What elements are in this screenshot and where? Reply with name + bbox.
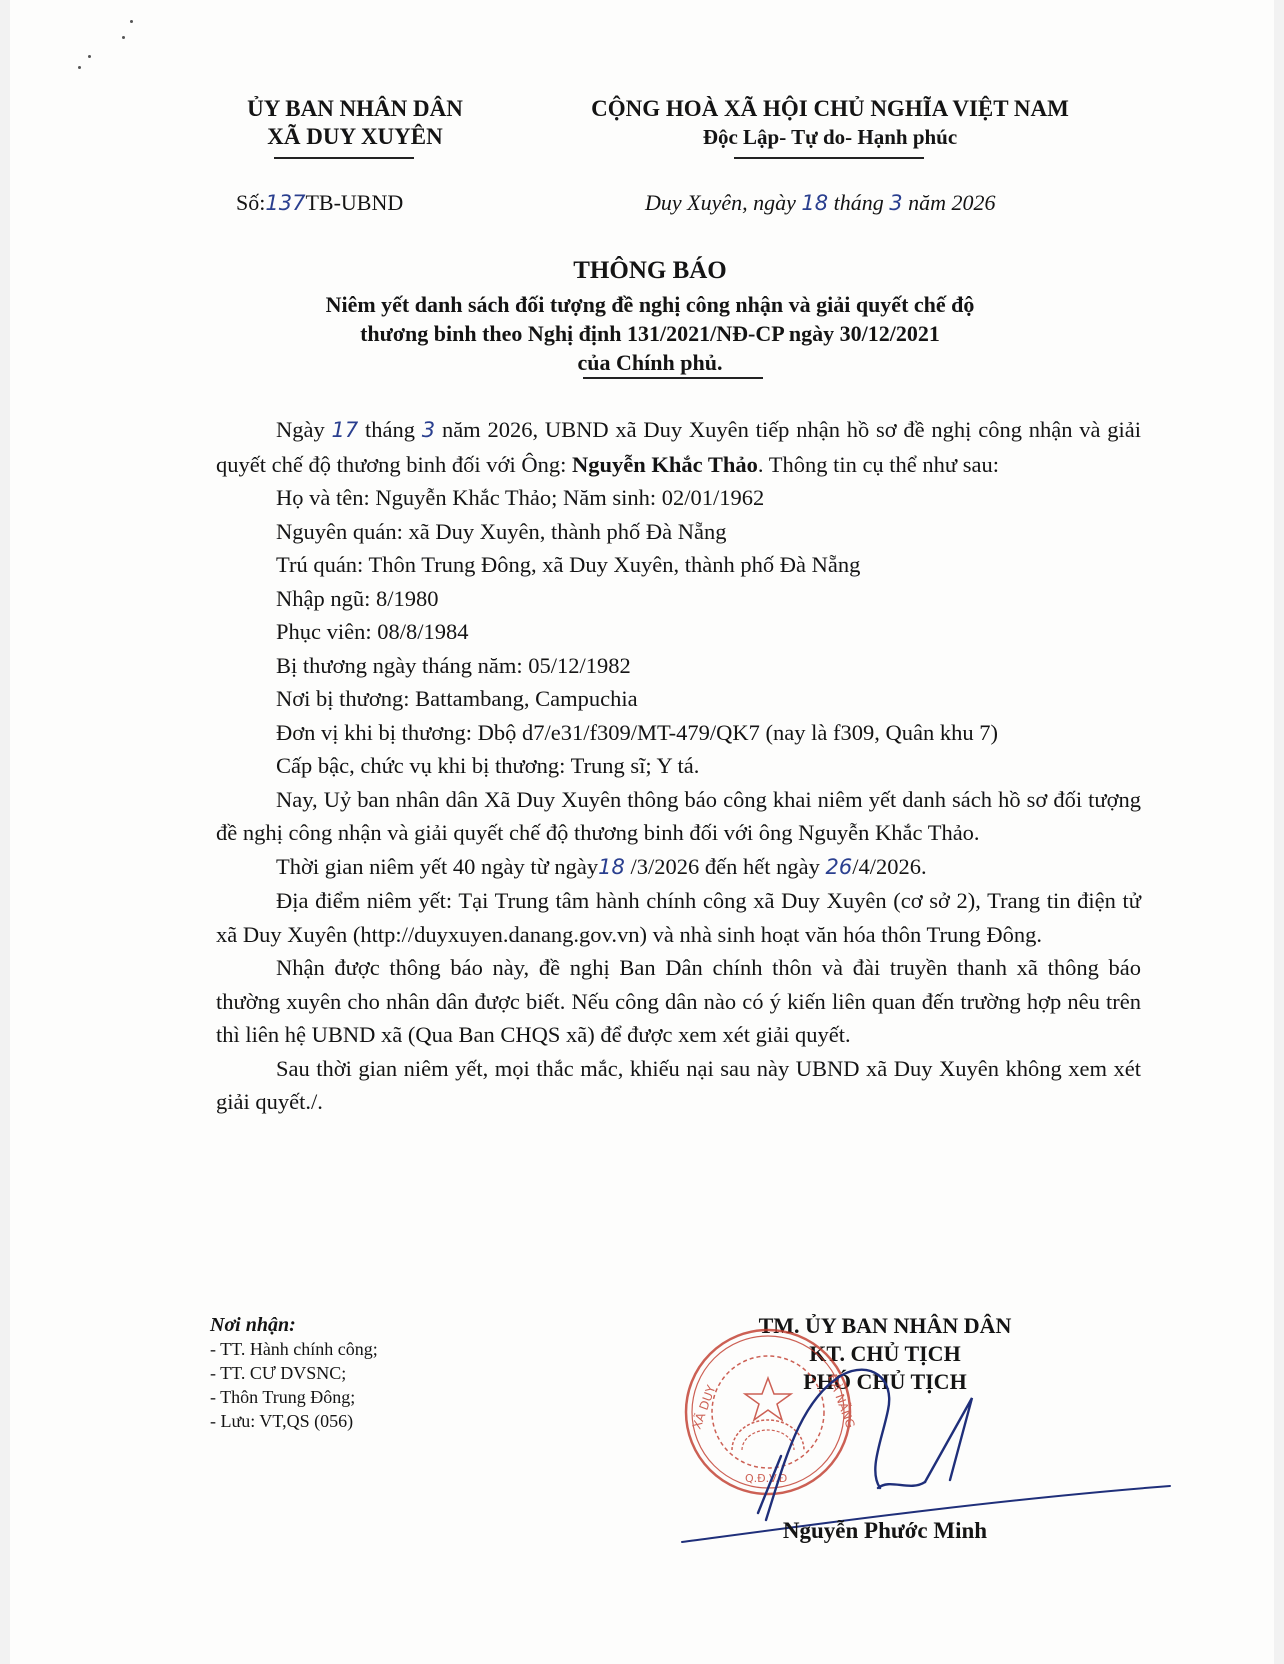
svg-text:XÃ DUY: XÃ DUY <box>689 1382 719 1431</box>
handwritten-signature-icon <box>682 1370 1170 1542</box>
signer-name: Nguyễn Phước Minh <box>670 1518 1100 1544</box>
document-page: ỦY BAN NHÂN DÂN XÃ DUY XUYÊN CỘNG HOÀ XÃ… <box>10 0 1274 1664</box>
stamp-and-signature: XÃ DUY ĐÀ NẴNG Q.Đ.V.Đ <box>10 0 1274 1664</box>
official-stamp-icon: XÃ DUY ĐÀ NẴNG Q.Đ.V.Đ <box>686 1330 860 1494</box>
